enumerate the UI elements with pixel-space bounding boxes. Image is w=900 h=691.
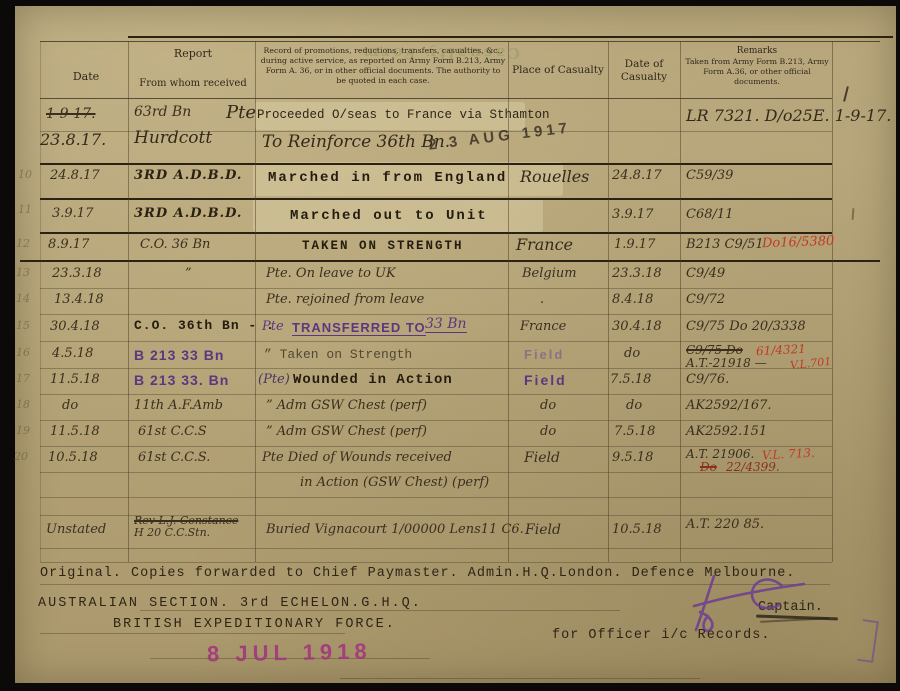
place-value: .: [540, 292, 544, 307]
record-entry: ” Adm GSW Chest (perf): [266, 424, 427, 439]
grid-line: [128, 36, 893, 38]
remarks-value: A.T. 21906.: [686, 447, 754, 461]
margin-number: 11: [18, 203, 32, 216]
remarks-value: AK2592/167.: [686, 398, 772, 413]
casualty-date-value: 9.5.18: [612, 450, 653, 465]
margin-number: 10: [18, 168, 32, 181]
from-whom-value: 61st C.C.S: [138, 424, 207, 439]
margin-number: 20: [14, 450, 28, 463]
entry-date: 8.9.17: [48, 237, 89, 252]
casualty-date-value: do: [624, 346, 640, 361]
margin-number: 12: [16, 237, 30, 250]
table-row: 15 30.4.18 C.O. 36th Bn - . Pte TRANSFER…: [0, 316, 900, 341]
margin-number: 13: [16, 266, 30, 279]
table-row: 10 24.8.17 3RD A.D.B.D. Marched in from …: [0, 165, 900, 197]
entry-date: 23.8.17.: [40, 130, 106, 149]
table-row: 17 11.5.18 B 213 33. Bn (Pte) Wounded in…: [0, 369, 900, 394]
table-row: Unstated Rev L.J. Constance H 20 C.C.Stn…: [0, 514, 900, 548]
casualty-date-value: do: [626, 398, 642, 413]
margin-number: 14: [16, 292, 30, 305]
signature: [686, 572, 816, 634]
remarks-value-line2: 22/4399.: [726, 460, 780, 474]
place-value: France: [520, 319, 566, 334]
place-value: France: [516, 235, 573, 254]
from-whom-value: B 213 33. Bn: [134, 372, 229, 388]
entry-date: 13.4.18: [54, 292, 104, 307]
processed-date-stamp: 8 JUL 1918: [207, 639, 372, 668]
grid-line: [40, 98, 832, 99]
column-header-remarks-title: Remarks: [684, 46, 830, 56]
record-entry: TRANSFERRED TO: [292, 320, 426, 336]
remarks-value-line2: A.T.-21918 —: [686, 356, 767, 370]
column-header-from-whom: From whom received: [132, 78, 254, 89]
entry-date: Unstated: [46, 522, 106, 537]
table-row: 20 10.5.18 61st C.C.S. Pte Died of Wound…: [0, 447, 900, 497]
grid-line: [40, 562, 832, 563]
grid-line: [40, 341, 832, 342]
casualty-date-value: 24.8.17: [612, 168, 662, 183]
casualty-date-value: 3.9.17: [612, 207, 653, 222]
from-whom-value: H 20 C.C.Stn.: [134, 526, 210, 539]
record-entry: ” Adm GSW Chest (perf): [266, 398, 427, 413]
grid-line: [40, 41, 880, 42]
table-row: 13 23.3.18 ” Pte. On leave to UK Belgium…: [0, 263, 900, 288]
column-header-record: Record of promotions, reductions, transf…: [260, 46, 506, 86]
received-date-stamp: 2 3 AUG 1917: [427, 119, 571, 153]
column-header-report: Report: [132, 47, 254, 60]
grid-line: [40, 314, 832, 315]
record-entry: Pte. rejoined from leave: [266, 292, 424, 307]
table-row: 11 3.9.17 3RD A.D.B.D. Marched out to Un…: [0, 200, 900, 232]
place-value: Field: [524, 372, 567, 388]
place-value: do: [540, 424, 556, 439]
record-rank: (Pte): [258, 372, 290, 387]
table-row: 18 do 11th A.F.Amb ” Adm GSW Chest (perf…: [0, 395, 900, 420]
remarks-value: A.T. 220 85.: [686, 517, 764, 532]
record-entry-line2: in Action (GSW Chest) (perf): [300, 475, 489, 490]
record-rank: Pte: [262, 319, 284, 334]
from-whom-value: B 213 33 Bn: [134, 347, 224, 363]
from-whom-value: C.O. 36 Bn: [140, 237, 210, 252]
record-entry: Pte Died of Wounds received: [262, 450, 452, 465]
from-whom-value: Hurdcott: [134, 128, 212, 148]
table-row: 1-9-17. 23.8.17. 63rd Bn Hurdcott Pte Pr…: [0, 100, 900, 162]
grid-line: [40, 548, 832, 549]
place-value: Field: [525, 522, 561, 538]
casualty-date-value: 30.4.18: [612, 319, 662, 334]
place-value: Belgium: [522, 266, 577, 281]
bef-line: BRITISH EXPEDITIONARY FORCE.: [113, 617, 396, 632]
record-entry: TAKEN ON STRENGTH: [302, 239, 464, 253]
casualty-date-value: 7.5.18: [614, 424, 655, 439]
remarks-value: B213 C9/51: [686, 237, 764, 252]
entry-date: do: [62, 398, 78, 413]
officer-records-line: for Officer i/c Records.: [552, 628, 770, 643]
record-entry: Wounded in Action: [293, 372, 453, 388]
table-row: 16 4.5.18 B 213 33 Bn ” Taken on Strengt…: [0, 343, 900, 368]
place-value: Field: [524, 450, 560, 466]
entry-date: 23.3.18: [52, 266, 102, 281]
remarks-value: C9/75 Do 20/3338: [686, 319, 806, 334]
table-row: 19 11.5.18 61st C.C.S ” Adm GSW Chest (p…: [0, 421, 900, 446]
entry-date: 11.5.18: [50, 424, 100, 439]
remarks-value: C59/39: [686, 168, 733, 183]
record-entry: To Reinforce 36th Bn.: [262, 132, 450, 152]
from-whom-value: C.O. 36th Bn - .: [134, 318, 275, 333]
record-entry: Proceeded O/seas to France via Sthamton: [257, 108, 550, 122]
remarks-value: AK2592.151: [686, 424, 767, 439]
from-whom-value: 3RD A.D.B.D.: [134, 168, 242, 183]
remarks-value: LR 7321. D/o25E. 1-9-17.: [686, 106, 891, 125]
casualty-date-value: 10.5.18: [612, 522, 662, 537]
australian-section-line: AUSTRALIAN SECTION. 3rd ECHELON.G.H.Q.: [38, 596, 422, 611]
grid-line: [40, 633, 345, 634]
margin-number: 17: [16, 372, 30, 385]
from-whom-ditto: ”: [185, 266, 192, 281]
table-row: 14 13.4.18 Pte. rejoined from leave . 8.…: [0, 289, 900, 314]
distribution-note: Original. Copies forwarded to Chief Paym…: [40, 566, 795, 581]
column-header-remarks-body: Taken from Army Form B.213, Army Form A.…: [684, 57, 830, 87]
record-entry: Buried Vignacourt 1/00000 Lens11 C6.: [266, 522, 524, 537]
casualty-date-value: 7.5.18: [610, 372, 651, 387]
remarks-value: C68/11: [686, 207, 733, 222]
entry-date-struck: 1-9-17.: [46, 106, 96, 122]
remarks-value: C9/72: [686, 292, 725, 307]
remarks-line2-struck: Do: [700, 460, 717, 474]
grid-line: [340, 678, 700, 679]
place-value: Rouelles: [520, 167, 589, 186]
column-header-date-of-casualty: Date of Casualty: [610, 58, 678, 84]
entry-date: 3.9.17: [52, 206, 93, 221]
grid-line: [40, 497, 832, 498]
margin-number: 18: [16, 398, 30, 411]
record-entry: Marched in from England: [268, 170, 507, 186]
place-value: do: [540, 398, 556, 413]
casualty-date-value: 1.9.17: [614, 237, 655, 252]
from-whom-value: 3RD A.D.B.D.: [134, 206, 242, 221]
entry-date: 4.5.18: [52, 346, 93, 361]
casualty-date-value: 8.4.18: [612, 292, 653, 307]
margin-number: 16: [16, 346, 30, 359]
record-entry: Marched out to Unit: [290, 208, 488, 224]
from-whom-value: 63rd Bn: [134, 104, 191, 120]
record-entry: ” Taken on Strength: [264, 347, 412, 362]
record-entry-suffix: 33 Bn: [425, 316, 467, 333]
margin-number: 19: [16, 424, 30, 437]
table-row: 12 8.9.17 C.O. 36 Bn TAKEN ON STRENGTH F…: [0, 234, 900, 260]
place-value: Field: [524, 347, 564, 362]
casualty-date-value: 23.3.18: [612, 266, 662, 281]
column-header-date: Date: [44, 70, 128, 83]
entry-date: 24.8.17: [50, 168, 100, 183]
remarks-value: C9/49: [686, 266, 725, 281]
remarks-value: C9/76.: [686, 372, 729, 387]
remarks-value: C9/75 Do: [686, 343, 743, 357]
remarks-red-annotation: Do16/5380: [762, 234, 835, 252]
grid-line: [20, 260, 880, 262]
record-entry: Pte. On leave to UK: [266, 266, 396, 281]
margin-number: 15: [16, 319, 30, 332]
entry-date: 11.5.18: [50, 372, 100, 387]
entry-date: 10.5.18: [48, 450, 98, 465]
record-rank: Pte: [226, 102, 256, 123]
from-whom-value: 11th A.F.Amb: [134, 398, 223, 413]
column-header-place: Place of Casualty: [510, 64, 606, 76]
entry-date: 30.4.18: [50, 319, 100, 334]
from-whom-value: 61st C.C.S.: [138, 450, 210, 465]
